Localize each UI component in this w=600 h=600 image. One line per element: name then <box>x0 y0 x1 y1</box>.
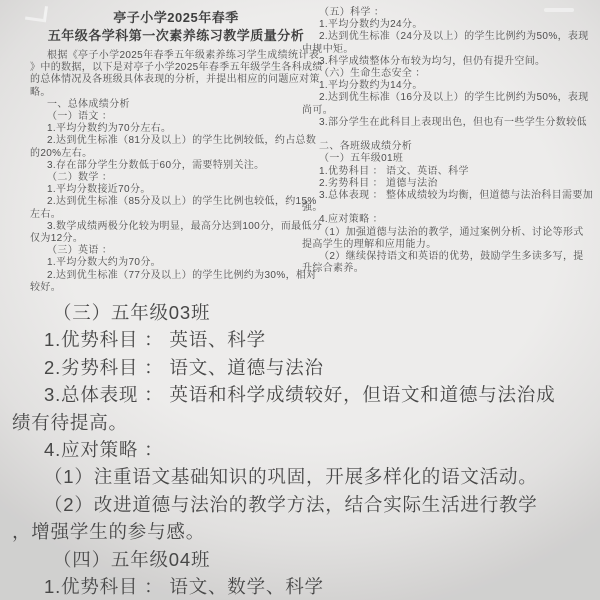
text-line: 2.达到优生标准（81分及以上）的学生比例较低，约占总数 <box>30 135 322 147</box>
right-column: （五）科学 ：1.平均分数约为24分。2.达到优生标准（24分及以上）的学生比例… <box>302 7 598 275</box>
text-line: （六）生命生态安全 ： <box>302 68 598 80</box>
text-line: 的总体情况及各班级具体表现的分析，并提出相应的问题应对策 <box>30 74 322 86</box>
text-line: （1）加强道德与法治的教学，通过案例分析、讨论等形式 <box>302 227 598 239</box>
text-line: 3.科学成绩整体分布较为均匀，但仍有提升空间。 <box>302 56 598 68</box>
text-line: 2.劣势科目 ： 道德与法治 <box>302 178 598 190</box>
text-line: 1.平均分数约为70分左右。 <box>30 123 322 135</box>
text-line: 仅为12分。 <box>30 233 322 245</box>
magnified-section-text: （三）五年级03班1.优势科目 ： 英语、科学2.劣势科目 ： 语文、道德与法治… <box>12 299 594 600</box>
text-line: （五）科学 ： <box>302 7 598 19</box>
left-column-text: 根据《亭子小学2025年春季五年级素养练习学生成绩统计表》中的数据，以下是对亭子… <box>30 50 322 294</box>
text-line: 较好。 <box>30 282 322 294</box>
text-line: 1.优势科目 ： 英语、科学 <box>12 326 594 353</box>
text-line: 2.达到优生标准（16分及以上）的学生比例约为50%，表现 <box>302 92 598 104</box>
text-line: 》中的数据，以下是对亭子小学2025年春季五年级学生各科成绩 <box>30 62 322 74</box>
text-line: （三）英语 ： <box>30 245 322 257</box>
text-line: 2.劣势科目 ： 语文、道德与法治 <box>12 354 594 381</box>
text-line: 2.达到优生标准（85分及以上）的学生比例也较低，约15% <box>30 196 322 208</box>
document-title: 亭子小学2025年春季 五年级各学科第一次素养练习教学质量分析 <box>30 9 322 44</box>
text-line: 3.数学成绩两极分化较为明显，最高分达到100分，而最低分 <box>30 221 322 233</box>
text-line: （2）改进道德与法治的教学方法，结合实际生活进行教学 <box>12 491 594 518</box>
text-line: （2）继续保持语文和英语的优势，鼓励学生多读多写，提 <box>302 251 598 263</box>
text-line: 1.平均分数约为14分。 <box>302 80 598 92</box>
text-line: 升综合素养。 <box>302 263 598 275</box>
text-line: 3.部分学生在此科目上表现出色，但也有一些学生分数较低 <box>302 117 598 129</box>
text-line: （一）五年级01班 <box>302 153 598 165</box>
text-line: 3.总体表现 ： 英语和科学成绩较好，但语文和道德与法治成 <box>12 381 594 408</box>
text-line: 强。 <box>302 202 598 214</box>
text-line: 一、总体成绩分析 <box>30 99 322 111</box>
text-line: ，增强学生的参与感。 <box>12 518 594 545</box>
text-line: 4.应对策略 ： <box>302 214 598 226</box>
text-line: 3.存在部分学生分数低于60分，需要特别关注。 <box>30 160 322 172</box>
text-line: 1.平均分数大约为70分。 <box>30 257 322 269</box>
text-line: 左右。 <box>30 209 322 221</box>
document-photo: 亭子小学2025年春季 五年级各学科第一次素养练习教学质量分析 根据《亭子小学2… <box>0 0 600 600</box>
title-line-2: 五年级各学科第一次素养练习教学质量分析 <box>30 27 322 45</box>
text-line: 根据《亭子小学2025年春季五年级素养练习学生成绩统计表 <box>30 50 322 62</box>
text-line: 中规中矩。 <box>302 44 598 56</box>
text-line: （三）五年级03班 <box>12 299 594 326</box>
text-line <box>302 129 598 141</box>
text-line: 1.平均分数接近70分。 <box>30 184 322 196</box>
text-line: 2.达到优生标准（24分及以上）的学生比例约为50%，表现 <box>302 31 598 43</box>
text-line: 尚可。 <box>302 105 598 117</box>
text-line: 略。 <box>30 87 322 99</box>
text-line: （1）注重语文基础知识的巩固，开展多样化的语文活动。 <box>12 463 594 490</box>
title-line-1: 亭子小学2025年春季 <box>30 9 322 27</box>
text-line: 1.优势科目 ： 语文、英语、科学 <box>302 166 598 178</box>
right-column-text: （五）科学 ：1.平均分数约为24分。2.达到优生标准（24分及以上）的学生比例… <box>302 7 598 275</box>
text-line: （一）语文 ： <box>30 111 322 123</box>
text-line: 二、各班级成绩分析 <box>302 141 598 153</box>
text-line: 提高学生的理解和应用能力。 <box>302 239 598 251</box>
text-line: （二）数学 ： <box>30 172 322 184</box>
text-line: 3.总体表现 ： 整体成绩较为均衡，但道德与法治科目需要加 <box>302 190 598 202</box>
text-line: 1.平均分数约为24分。 <box>302 19 598 31</box>
left-column: 亭子小学2025年春季 五年级各学科第一次素养练习教学质量分析 根据《亭子小学2… <box>30 9 322 294</box>
text-line: 2.达到优生标准（77分及以上）的学生比例约为30%，相对 <box>30 270 322 282</box>
text-line: 的20%左右。 <box>30 148 322 160</box>
text-line: 绩有待提高。 <box>12 409 594 436</box>
text-line: 1.优势科目 ： 语文、数学、科学 <box>12 573 594 600</box>
text-line: （四）五年级04班 <box>12 546 594 573</box>
text-line: 4.应对策略 ： <box>12 436 594 463</box>
